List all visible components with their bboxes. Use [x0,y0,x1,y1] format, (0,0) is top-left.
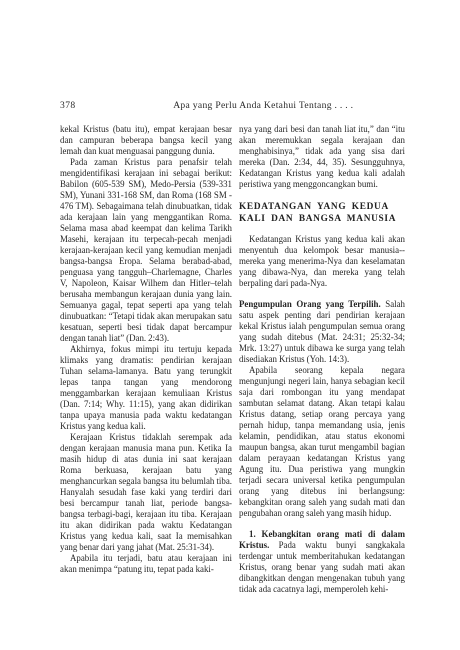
paragraph: Akhirnya, fokus mimpi itu tertuju kepada… [60,344,232,432]
paragraph: Apabila itu terjadi, batu atau kerajaan … [60,553,232,575]
paragraph-lead: 1. Kebangkitan orang mati di dalam Krist… [239,529,405,550]
paragraph: Apabila seorang kepala negara mengunjung… [239,365,405,519]
paragraph-lead: Pengumpulan Orang yang Terpilih. [239,299,385,309]
paragraph: Pengumpulan Orang yang Terpilih. Salah s… [239,299,405,365]
paragraph: 1. Kebangkitan orang mati di dalam Krist… [239,529,405,595]
right-column: nya yang dari besi dan tanah liat itu,” … [239,124,405,595]
paragraph: Kerajaan Kristus tidaklah serempak ada d… [60,432,232,553]
paragraph: kekal Kristus (batu itu), empat kerajaan… [60,124,232,157]
paragraph: Kedatangan Kristus yang kedua kali akan … [239,234,405,289]
paragraph: Pada zaman Kristus para penafsir telah m… [60,157,232,344]
book-page: 378 Apa yang Perlu Anda Ketahui Tentang … [0,0,460,650]
section-heading: KEDATANGAN YANG KEDUA KALI DAN BANGSA MA… [239,202,405,225]
text-columns: kekal Kristus (batu itu), empat kerajaan… [60,124,405,595]
paragraph: nya yang dari besi dan tanah liat itu,” … [239,124,405,190]
page-number: 378 [60,100,76,111]
page-header: 378 Apa yang Perlu Anda Ketahui Tentang … [60,100,403,111]
running-title: Apa yang Perlu Anda Ketahui Tentang . . … [76,100,403,111]
left-column: kekal Kristus (batu itu), empat kerajaan… [60,124,232,595]
